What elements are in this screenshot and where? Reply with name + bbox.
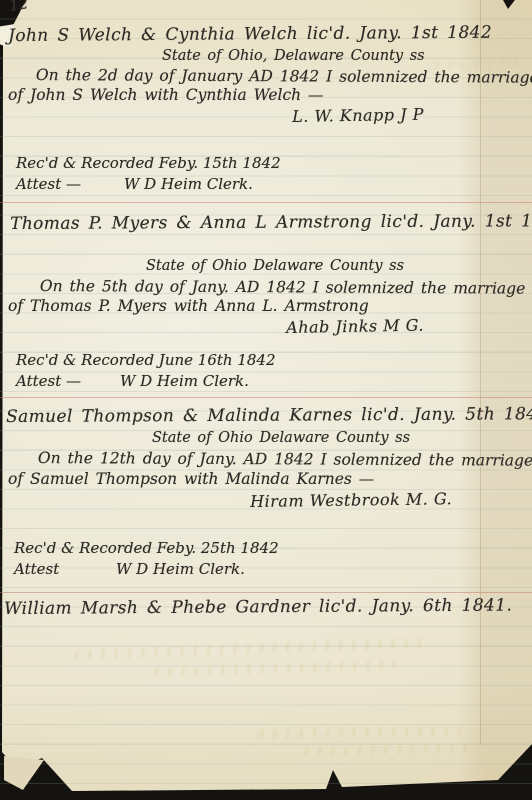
recorded-line: Rec'd & Recorded Feby. 15th 1842 xyxy=(16,154,281,172)
clerk-signature: W D Heim Clerk. xyxy=(120,372,249,390)
entry-heading: Thomas P. Myers & Anna L Armstrong lic'd… xyxy=(10,211,532,234)
entry-body-line1: On the 12th day of Jany. AD 1842 I solem… xyxy=(38,449,532,470)
ruled-lines xyxy=(0,0,532,800)
page-number: 12 xyxy=(8,0,29,15)
entry-body-line2: of Samuel Thompson with Malinda Karnes — xyxy=(8,470,374,488)
officiant-signature: Ahab Jinks M G. xyxy=(286,316,424,337)
entry-body-line2: of Thomas P. Myers with Anna L. Armstron… xyxy=(8,297,369,315)
recorded-line: Rec'd & Recorded June 16th 1842 xyxy=(16,351,276,369)
attest-label: Attest — xyxy=(16,175,81,193)
entry-body-line2: of John S Welch with Cynthia Welch — xyxy=(8,86,324,104)
officiant-signature: Hiram Westbrook M. G. xyxy=(250,489,452,511)
entry-state-line: State of Ohio Delaware County ss xyxy=(146,258,404,274)
page-edge-fold xyxy=(480,0,481,745)
entry-body-line1: On the 5th day of Jany. AD 1842 I solemn… xyxy=(40,277,525,298)
pink-separator-rule xyxy=(0,592,532,593)
attest-label: Attest xyxy=(14,560,59,578)
entry-heading: John S Welch & Cynthia Welch lic'd. Jany… xyxy=(8,23,492,46)
entry-state-line: State of Ohio, Delaware County ss xyxy=(162,48,425,64)
pink-separator-rule xyxy=(0,202,532,203)
clerk-signature: W D Heim Clerk. xyxy=(124,175,253,193)
entry-state-line: State of Ohio Delaware County ss xyxy=(152,430,410,446)
recorded-line: Rec'd & Recorded Feby. 25th 1842 xyxy=(14,539,279,557)
entry-heading: William Marsh & Phebe Gardner lic'd. Jan… xyxy=(4,595,512,619)
attest-label: Attest — xyxy=(16,372,81,390)
entry-heading: Samuel Thompson & Malinda Karnes lic'd. … xyxy=(6,404,532,427)
clerk-signature: W D Heim Clerk. xyxy=(116,560,245,578)
pink-separator-rule xyxy=(0,397,532,398)
officiant-signature: L. W. Knapp J P xyxy=(292,105,424,126)
scanned-ledger-page: 12 John S Welch & Cynthia Welch lic'd. J… xyxy=(0,0,532,800)
